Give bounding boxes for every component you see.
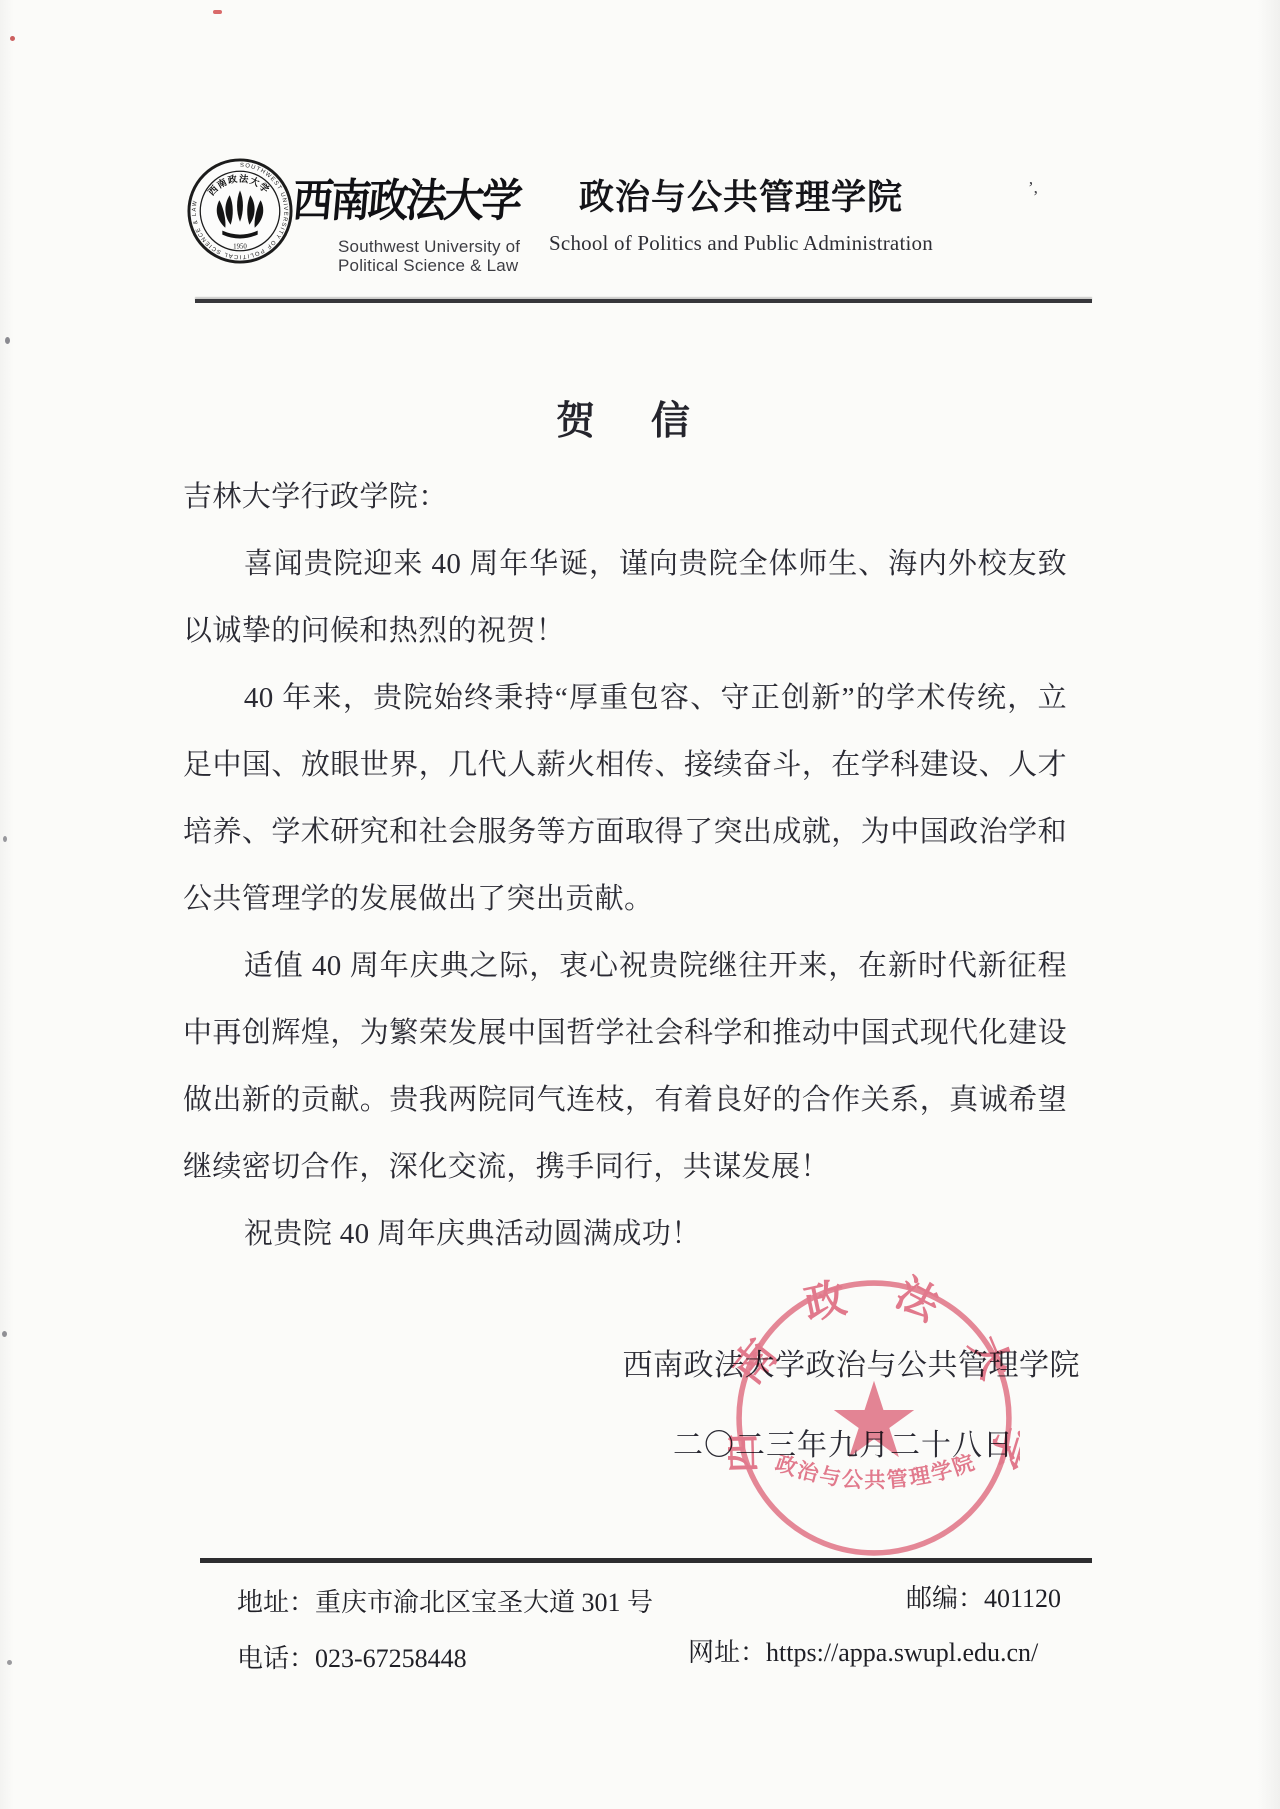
paragraph-1: 喜闻贵院迎来 40 周年华诞，谨向贵院全体师生、海内外校友致以诚挚的问候和热烈的…	[183, 531, 1067, 665]
paragraph-3: 适值 40 周年庆典之际，衷心祝贵院继往开来，在新时代新征程中再创辉煌，为繁荣发…	[183, 933, 1067, 1201]
emblem-year: 1950	[233, 243, 247, 250]
web-label: 网址：	[688, 1638, 766, 1667]
footer-phone: 电话：023-67258448	[237, 1638, 467, 1675]
header-rule	[195, 299, 1092, 303]
postcode-value: 401120	[984, 1584, 1061, 1613]
seal-bottom-text: 政治与公共管理学院	[773, 1450, 980, 1493]
university-en-line2: Political Science & Law	[338, 256, 520, 275]
seal-star	[834, 1381, 914, 1458]
address-label: 地址：	[237, 1588, 315, 1617]
postcode-label: 邮编：	[906, 1584, 984, 1613]
phone-label: 电话：	[237, 1644, 315, 1673]
salutation: 吉林大学行政学院：	[183, 464, 1067, 531]
scanned-letter-page: { "header": { "logo": { "ring_text": "SO…	[0, 0, 1280, 1809]
scan-speck	[7, 1660, 12, 1665]
scan-speck-red	[213, 10, 222, 14]
letter-title: 贺 信	[183, 390, 1067, 446]
scan-speck	[3, 836, 7, 842]
footer-website: 网址：https://appa.swupl.edu.cn/	[688, 1632, 1038, 1669]
scan-speck	[2, 1331, 7, 1337]
school-header: 政治与公共管理学院 School of Politics and Public …	[545, 170, 937, 256]
scan-artifact-mark: ’,	[1028, 178, 1038, 198]
web-value: https://appa.swupl.edu.cn/	[766, 1638, 1038, 1667]
university-emblem-logo: SOUTHWEST UNIVERSITY OF POLITICAL SCIENC…	[186, 154, 294, 268]
scan-speck-red	[10, 36, 15, 41]
footer-address: 地址：重庆市渝北区宝圣大道 301 号	[237, 1582, 653, 1619]
school-name-en: School of Politics and Public Administra…	[545, 231, 937, 256]
scan-speck	[5, 337, 10, 344]
university-name-english: Southwest University of Political Scienc…	[338, 237, 520, 275]
letter-body: 吉林大学行政学院： 喜闻贵院迎来 40 周年华诞，谨向贵院全体师生、海内外校友致…	[183, 464, 1067, 1268]
paragraph-2: 40 年来，贵院始终秉持“厚重包容、守正创新”的学术传统，立足中国、放眼世界，几…	[183, 665, 1067, 933]
address-value: 重庆市渝北区宝圣大道 301 号	[315, 1588, 653, 1617]
university-name-calligraphy: 西南政法大学	[290, 164, 523, 229]
footer-postcode: 邮编：401120	[906, 1578, 1061, 1615]
svg-text:政治与公共管理学院: 政治与公共管理学院	[773, 1450, 980, 1493]
school-name-cn: 政治与公共管理学院	[545, 170, 937, 220]
paragraph-4: 祝贵院 40 周年庆典活动圆满成功！	[183, 1201, 1067, 1268]
official-red-seal: 西南政法大学 政治与公共管理学院	[728, 1272, 1020, 1564]
phone-value: 023-67258448	[315, 1644, 467, 1673]
university-en-line1: Southwest University of	[338, 237, 520, 256]
